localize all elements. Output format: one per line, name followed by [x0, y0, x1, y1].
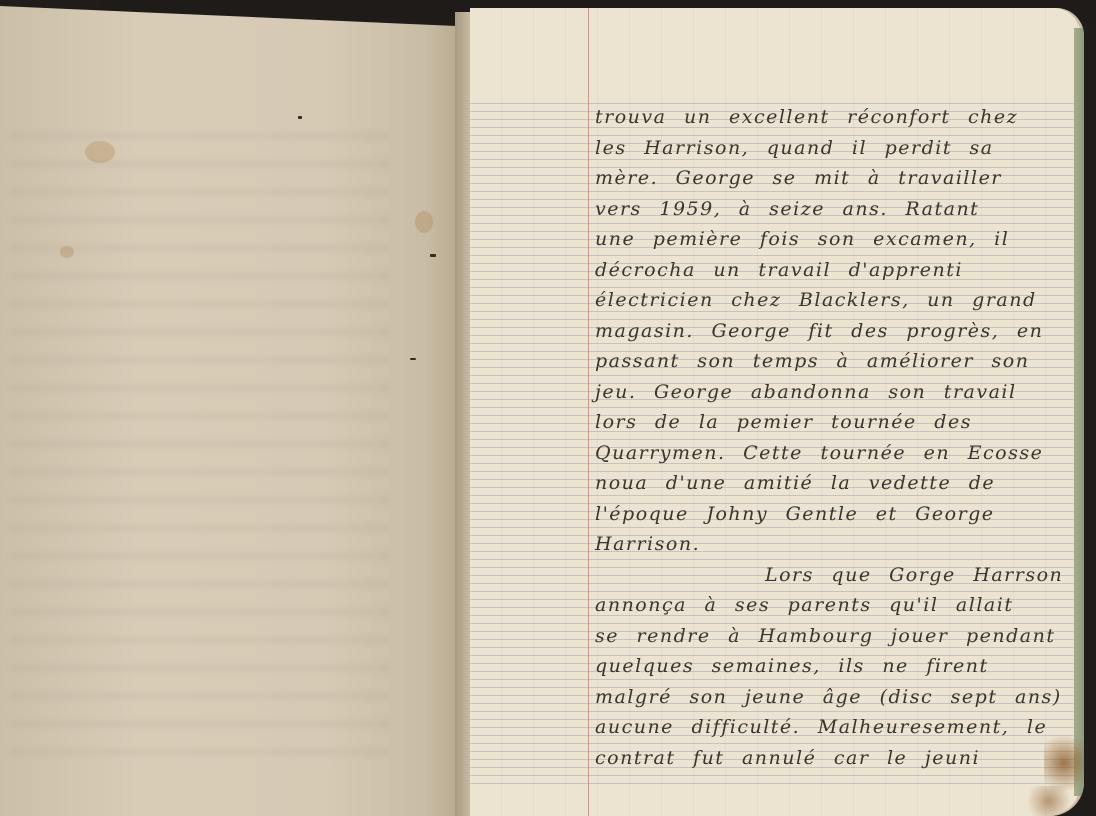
text-line: électricien chez Blacklers, un grand: [595, 285, 1075, 316]
text-line: les Harrison, quand il perdit sa: [595, 133, 1075, 164]
page-edge: [1074, 28, 1084, 796]
ink-speck: [410, 358, 416, 360]
text-line: lors de la pemier tournée des: [595, 407, 1075, 438]
notebook-spread: trouva un excellent réconfort chez les H…: [0, 0, 1096, 816]
text-line: contrat fut annulé car le jeuni: [595, 743, 1075, 774]
age-stain: [85, 141, 115, 163]
text-line: magasin. George fit des progrès, en: [595, 316, 1075, 347]
age-stain: [1024, 786, 1074, 816]
text-line: Harrison.: [595, 529, 1075, 560]
text-line: quelques semaines, ils ne firent: [595, 651, 1075, 682]
text-line: mère. George se mit à travailler: [595, 163, 1075, 194]
text-line: se rendre à Hambourg jouer pendant: [595, 621, 1075, 652]
text-line: aucune difficulté. Malheuresement, le: [595, 712, 1075, 743]
text-line: une pemière fois son excamen, il: [595, 224, 1075, 255]
handwritten-text: trouva un excellent réconfort chez les H…: [595, 102, 1075, 773]
ink-speck: [430, 254, 436, 257]
text-line: vers 1959, à seize ans. Ratant: [595, 194, 1075, 225]
paragraph-start-line: Lors que Gorge Harrson: [595, 560, 1075, 591]
age-stain: [60, 246, 74, 258]
text-line: jeu. George abandonna son travail: [595, 377, 1075, 408]
text-line: l'époque Johny Gentle et George: [595, 499, 1075, 530]
text-line: annonça à ses parents qu'il allait: [595, 590, 1075, 621]
text-line: décrocha un travail d'apprenti: [595, 255, 1075, 286]
text-line: malgré son jeune âge (disc sept ans): [595, 682, 1075, 713]
margin-line: [588, 8, 589, 816]
text-line: Quarrymen. Cette tournée en Ecosse: [595, 438, 1075, 469]
text-line: noua d'une amitié la vedette de: [595, 468, 1075, 499]
ink-speck: [298, 116, 302, 119]
age-stain: [415, 211, 433, 233]
right-page: trouva un excellent réconfort chez les H…: [470, 8, 1084, 816]
text-line: trouva un excellent réconfort chez: [595, 102, 1075, 133]
left-page: [0, 6, 462, 816]
text-line: passant son temps à améliorer son: [595, 346, 1075, 377]
bleed-through-text: [10, 111, 390, 761]
